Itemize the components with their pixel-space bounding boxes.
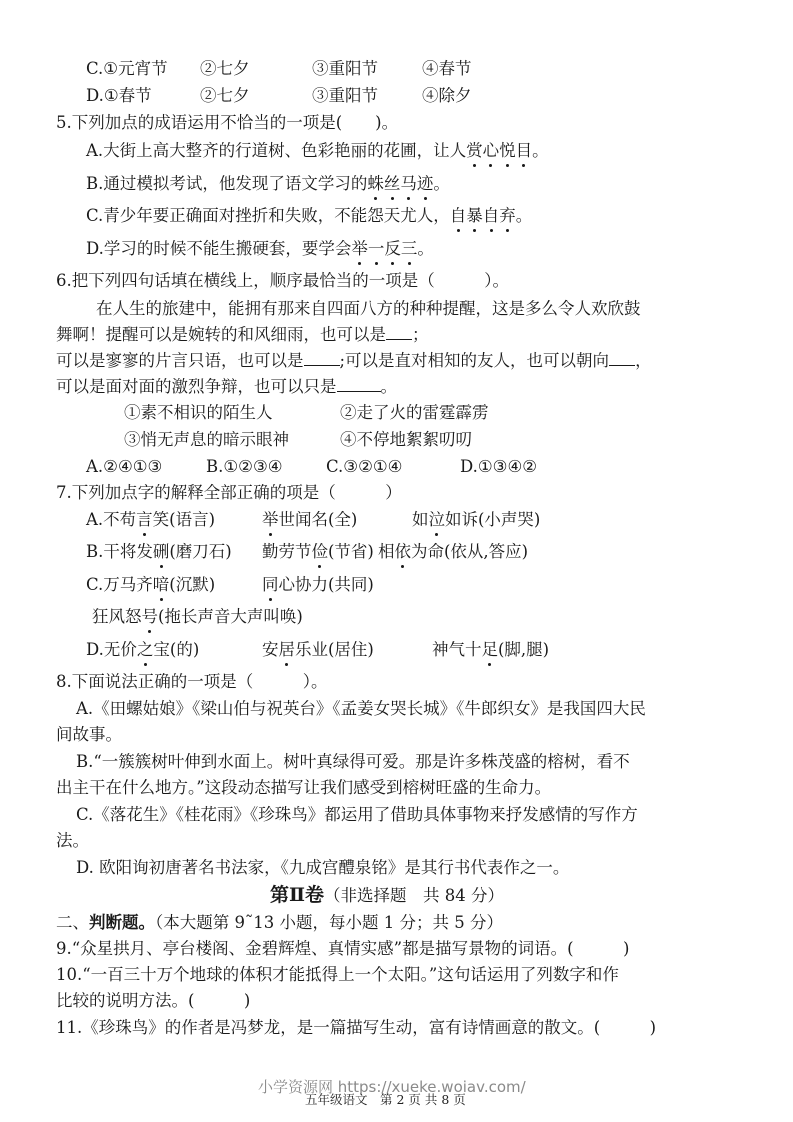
passage-text: 可以是面对面的激烈争辩，也可以只是 bbox=[56, 377, 337, 396]
dotted-char: 自 bbox=[450, 205, 467, 227]
q8-option-c-line-2: 法。 bbox=[56, 830, 89, 852]
dotted-char: 举 bbox=[351, 238, 368, 260]
option-label: C. bbox=[86, 59, 103, 78]
item-text: 勤劳节 bbox=[262, 542, 312, 561]
dotted-char: 目 bbox=[516, 140, 533, 162]
q8-option-a-line-1: A.《田螺姑娘》《梁山伯与祝英台》《孟姜女哭长城》《牛郎织女》是我国四大民 bbox=[76, 698, 646, 720]
q6-stem: 6.把下列四句话填在横线上，顺序最恰当的一项是（ ）。 bbox=[56, 270, 509, 292]
item-text: (拖长声音大声叫唤) bbox=[158, 607, 303, 626]
item-text: (脚,腿) bbox=[498, 640, 549, 659]
passage-text: ;可以是直对相知的友人，也可以朝向 bbox=[340, 351, 610, 370]
q10-line-2: 比较的说明方法。( ) bbox=[56, 990, 250, 1012]
option-item: ①春节 bbox=[104, 86, 152, 105]
item-text: 心协力(共同) bbox=[279, 575, 374, 594]
q6-sentence-3: ③悄无声息的暗示眼神 bbox=[124, 429, 289, 451]
option-text: 。 bbox=[433, 174, 450, 193]
q7-c-item-2: 同心协力(共同) bbox=[262, 574, 374, 596]
q7-a-item-3: 如泣如诉(小声哭) bbox=[412, 509, 540, 531]
fill-blank-3[interactable] bbox=[609, 351, 635, 366]
option-text: D.学习的时候不能生搬硬套，要学会 bbox=[86, 239, 351, 258]
q6-passage-line-3: 可以是寥寥的片言只语，也可以是;可以是直对相知的友人，也可以朝向， bbox=[56, 350, 652, 372]
q8-option-b-line-1: B.“一簇簇树叶伸到水面上。树叶真绿得可爱。那是许多株茂盛的榕树，看不 bbox=[76, 751, 630, 773]
q8-option-a-line-2: 间故事。 bbox=[56, 724, 122, 746]
q5-option-d: D.学习的时候不能生搬硬套，要学会举一反三。 bbox=[86, 238, 434, 260]
dotted-char: 暴 bbox=[466, 205, 483, 227]
option-text: C.青少年要正确面对挫折和失败，不能怨天尤人， bbox=[86, 206, 450, 225]
item-text: B.干将发 bbox=[86, 542, 153, 561]
item-text: (磨刀石) bbox=[169, 542, 231, 561]
dotted-char: 蛛 bbox=[367, 173, 384, 195]
dotted-char: 反 bbox=[384, 238, 401, 260]
option-item: ①元宵节 bbox=[103, 59, 167, 78]
q5-option-a: A.大街上高大整齐的行道树、色彩艳丽的花圃，让人赏心悦目。 bbox=[86, 140, 549, 162]
dotted-char: 俭 bbox=[312, 541, 329, 563]
item-text: 为命(依从,答应) bbox=[411, 542, 528, 561]
exam-page: C.①元宵节 ②七夕 ③重阳节 ④春节 D.①春节 ②七夕 ③重阳节 ④除夕 5… bbox=[0, 0, 793, 1122]
item-text: (节省) bbox=[328, 542, 374, 561]
q8-option-b-line-2: 出主干在什么地方。”这段动态描写让我们感受到榕树旺盛的生命力。 bbox=[56, 777, 551, 799]
q7-d-item-1: D.无价之宝(的) bbox=[86, 640, 199, 659]
q7-a-item-2: 举世闻名(全) bbox=[262, 509, 357, 531]
option-text: 。 bbox=[532, 141, 549, 160]
item-text: 笑(语言) bbox=[153, 510, 215, 529]
q8-option-c-line-1: C.《落花生》《桂花雨》《珍珠鸟》都运用了借助具体事物来抒发感情的写作方 bbox=[76, 804, 638, 826]
q7-option-b: B.干将发硎(磨刀石) 勤劳节俭(节省) 相依为命(依从,答应) bbox=[86, 541, 232, 563]
q10-line-1: 10.“一百三十万个地球的体积才能抵得上一个太阳。”这句话运用了列数字和作 bbox=[56, 964, 619, 986]
option-text: 。 bbox=[516, 206, 533, 225]
option-item: ③重阳节 bbox=[312, 85, 378, 107]
item-text: 世闻名(全) bbox=[279, 510, 358, 529]
dotted-char: 心 bbox=[483, 140, 500, 162]
dotted-idiom: 赏心悦目 bbox=[466, 141, 532, 160]
dotted-idiom: 举一反三 bbox=[351, 239, 417, 258]
option-text: A.大街上高大整齐的行道树、色彩艳丽的花圃，让人 bbox=[86, 141, 466, 160]
option-item: ②七夕 bbox=[200, 85, 250, 107]
item-text: 相 bbox=[378, 542, 395, 561]
q4-option-d: D.①春节 ②七夕 ③重阳节 ④除夕 bbox=[86, 85, 152, 107]
option-item: ④春节 bbox=[422, 58, 472, 80]
q6-passage-line-4: 可以是面对面的激烈争辩，也可以只是。 bbox=[56, 376, 397, 398]
q4-option-c: C.①元宵节 ②七夕 ③重阳节 ④春节 bbox=[86, 58, 168, 80]
item-text: 宝(的) bbox=[153, 640, 199, 659]
section-subtitle: （非选择题 共 84 分） bbox=[324, 886, 504, 905]
q7-a-item-1: A.不苟言笑(语言) bbox=[86, 510, 215, 529]
item-text: 如 bbox=[412, 510, 429, 529]
option-text: B.通过模拟考试，他发现了语文学习的 bbox=[86, 174, 367, 193]
dotted-char: 弃 bbox=[499, 205, 516, 227]
fill-blank-1[interactable] bbox=[386, 325, 412, 340]
q9: 9.“众星拱月、亭台楼阁、金碧辉煌、真情实感”都是描写景物的词语。( ) bbox=[56, 938, 630, 960]
item-text: 狂风怒 bbox=[92, 607, 142, 626]
dotted-char: 居 bbox=[279, 639, 296, 661]
fill-blank-2[interactable] bbox=[304, 351, 340, 366]
section-title: 第Ⅱ卷 bbox=[270, 884, 324, 906]
option-item: ③重阳节 bbox=[312, 58, 378, 80]
dotted-char: 硎 bbox=[153, 541, 170, 563]
q6-sentence-4: ④不停地絮絮叨叨 bbox=[340, 429, 472, 451]
q8-option-d: D. 欧阳询初唐著名书法家，《九成宫醴泉铭》是其行书代表作之一。 bbox=[76, 857, 569, 879]
dotted-char: 足 bbox=[482, 639, 499, 661]
dotted-idiom: 蛛丝马迹 bbox=[367, 174, 433, 193]
item-text: A.不苟 bbox=[86, 510, 136, 529]
heading-title: 判断题。 bbox=[89, 913, 155, 932]
item-text: 神气十 bbox=[432, 640, 482, 659]
passage-text: 舞啊！提醒可以是婉转的和风细雨，也可以是 bbox=[56, 325, 386, 344]
dotted-char: 悦 bbox=[499, 140, 516, 162]
page-footer: 五年级语文 第 2 页 共 8 页 bbox=[305, 1090, 466, 1108]
q7-stem: 7.下列加点字的解释全部正确的项是（ ） bbox=[56, 482, 402, 504]
passage-text: 。 bbox=[381, 377, 398, 396]
passage-text: ； bbox=[412, 325, 429, 344]
q7-d-item-3: 神气十足(脚,腿) bbox=[432, 639, 549, 661]
q6-option-c: C.③②①④ bbox=[326, 456, 402, 478]
item-text: 安 bbox=[262, 640, 279, 659]
q7-c-item-1: C.万马齐喑(沉默) bbox=[86, 575, 215, 594]
q11: 11.《珍珠鸟》的作者是冯梦龙，是一篇描写生动，富有诗情画意的散文。( ) bbox=[56, 1017, 656, 1039]
fill-blank-4[interactable] bbox=[337, 377, 381, 392]
q7-b-item-1: B.干将发硎(磨刀石) bbox=[86, 542, 232, 561]
heading-number: 二、 bbox=[56, 913, 89, 932]
q7-option-d: D.无价之宝(的) 安居乐业(居住) 神气十足(脚,腿) bbox=[86, 639, 199, 661]
dotted-char: 之 bbox=[137, 639, 154, 661]
dotted-char: 泣 bbox=[429, 509, 446, 531]
q6-passage-line-1: 在人生的旅建中，能拥有那来自四面八方的种种提醒，这是多么令人欢欣鼓 bbox=[96, 298, 641, 320]
dotted-char: 马 bbox=[400, 173, 417, 195]
q6-sentence-1: ①素不相识的陌生人 bbox=[124, 402, 273, 424]
item-text: C.万马齐 bbox=[86, 575, 153, 594]
passage-text: 可以是寥寥的片言只语，也可以是 bbox=[56, 351, 304, 370]
item-text: 如诉(小声哭) bbox=[445, 510, 540, 529]
passage-text: ， bbox=[635, 351, 652, 370]
item-text: 乐业(居住) bbox=[295, 640, 374, 659]
item-text: D.无价 bbox=[86, 640, 137, 659]
item-text: (沉默) bbox=[169, 575, 215, 594]
dotted-char: 迹 bbox=[417, 173, 434, 195]
dotted-idiom: 自暴自弃 bbox=[450, 206, 516, 225]
option-label: D. bbox=[86, 86, 104, 105]
q7-option-c: C.万马齐喑(沉默) 同心协力(共同) bbox=[86, 574, 215, 596]
q5-option-b: B.通过模拟考试，他发现了语文学习的蛛丝马迹。 bbox=[86, 173, 450, 195]
option-text: 。 bbox=[417, 239, 434, 258]
q6-passage-line-2: 舞啊！提醒可以是婉转的和风细雨，也可以是； bbox=[56, 324, 429, 346]
q8-stem: 8.下面说法正确的一项是（ ）。 bbox=[56, 671, 328, 693]
q6-option-b: B.①②③④ bbox=[206, 456, 283, 478]
q7-option-a: A.不苟言笑(语言) 举世闻名(全) 如泣如诉(小声哭) bbox=[86, 509, 215, 531]
dotted-char: 丝 bbox=[384, 173, 401, 195]
q7-b-item-3: 相依为命(依从,答应) bbox=[378, 541, 528, 563]
q7-d-item-2: 安居乐业(居住) bbox=[262, 639, 374, 661]
dotted-char: 举 bbox=[262, 509, 279, 531]
dotted-char: 号 bbox=[142, 606, 159, 628]
dotted-char: 赏 bbox=[466, 140, 483, 162]
dotted-char: 一 bbox=[368, 238, 385, 260]
dotted-char: 同 bbox=[262, 574, 279, 596]
q5-option-c: C.青少年要正确面对挫折和失败，不能怨天尤人，自暴自弃。 bbox=[86, 205, 532, 227]
dotted-char: 自 bbox=[483, 205, 500, 227]
section-2-header: 第Ⅱ卷（非选择题 共 84 分） bbox=[270, 884, 504, 907]
part-2-heading: 二、判断题。（本大题第 9˜13 小题，每小题 1 分；共 5 分） bbox=[56, 912, 503, 934]
dotted-char: 依 bbox=[395, 541, 412, 563]
option-item: ④除夕 bbox=[422, 85, 472, 107]
q7-b-item-2: 勤劳节俭(节省) bbox=[262, 541, 374, 563]
q6-sentence-2: ②走了火的雷霆霹雳 bbox=[340, 402, 489, 424]
q6-option-d: D.①③④② bbox=[460, 456, 537, 478]
dotted-char: 三 bbox=[401, 238, 418, 260]
heading-note: （本大题第 9˜13 小题，每小题 1 分；共 5 分） bbox=[155, 913, 503, 932]
option-item: ②七夕 bbox=[200, 58, 250, 80]
dotted-char: 言 bbox=[136, 509, 153, 531]
q7-option-c-line-2: 狂风怒号(拖长声音大声叫唤) bbox=[92, 606, 303, 628]
q5-stem: 5.下列加点的成语运用不恰当的一项是( )。 bbox=[56, 112, 398, 134]
q6-option-a: A.②④①③ bbox=[86, 456, 162, 478]
dotted-char: 喑 bbox=[153, 574, 170, 596]
